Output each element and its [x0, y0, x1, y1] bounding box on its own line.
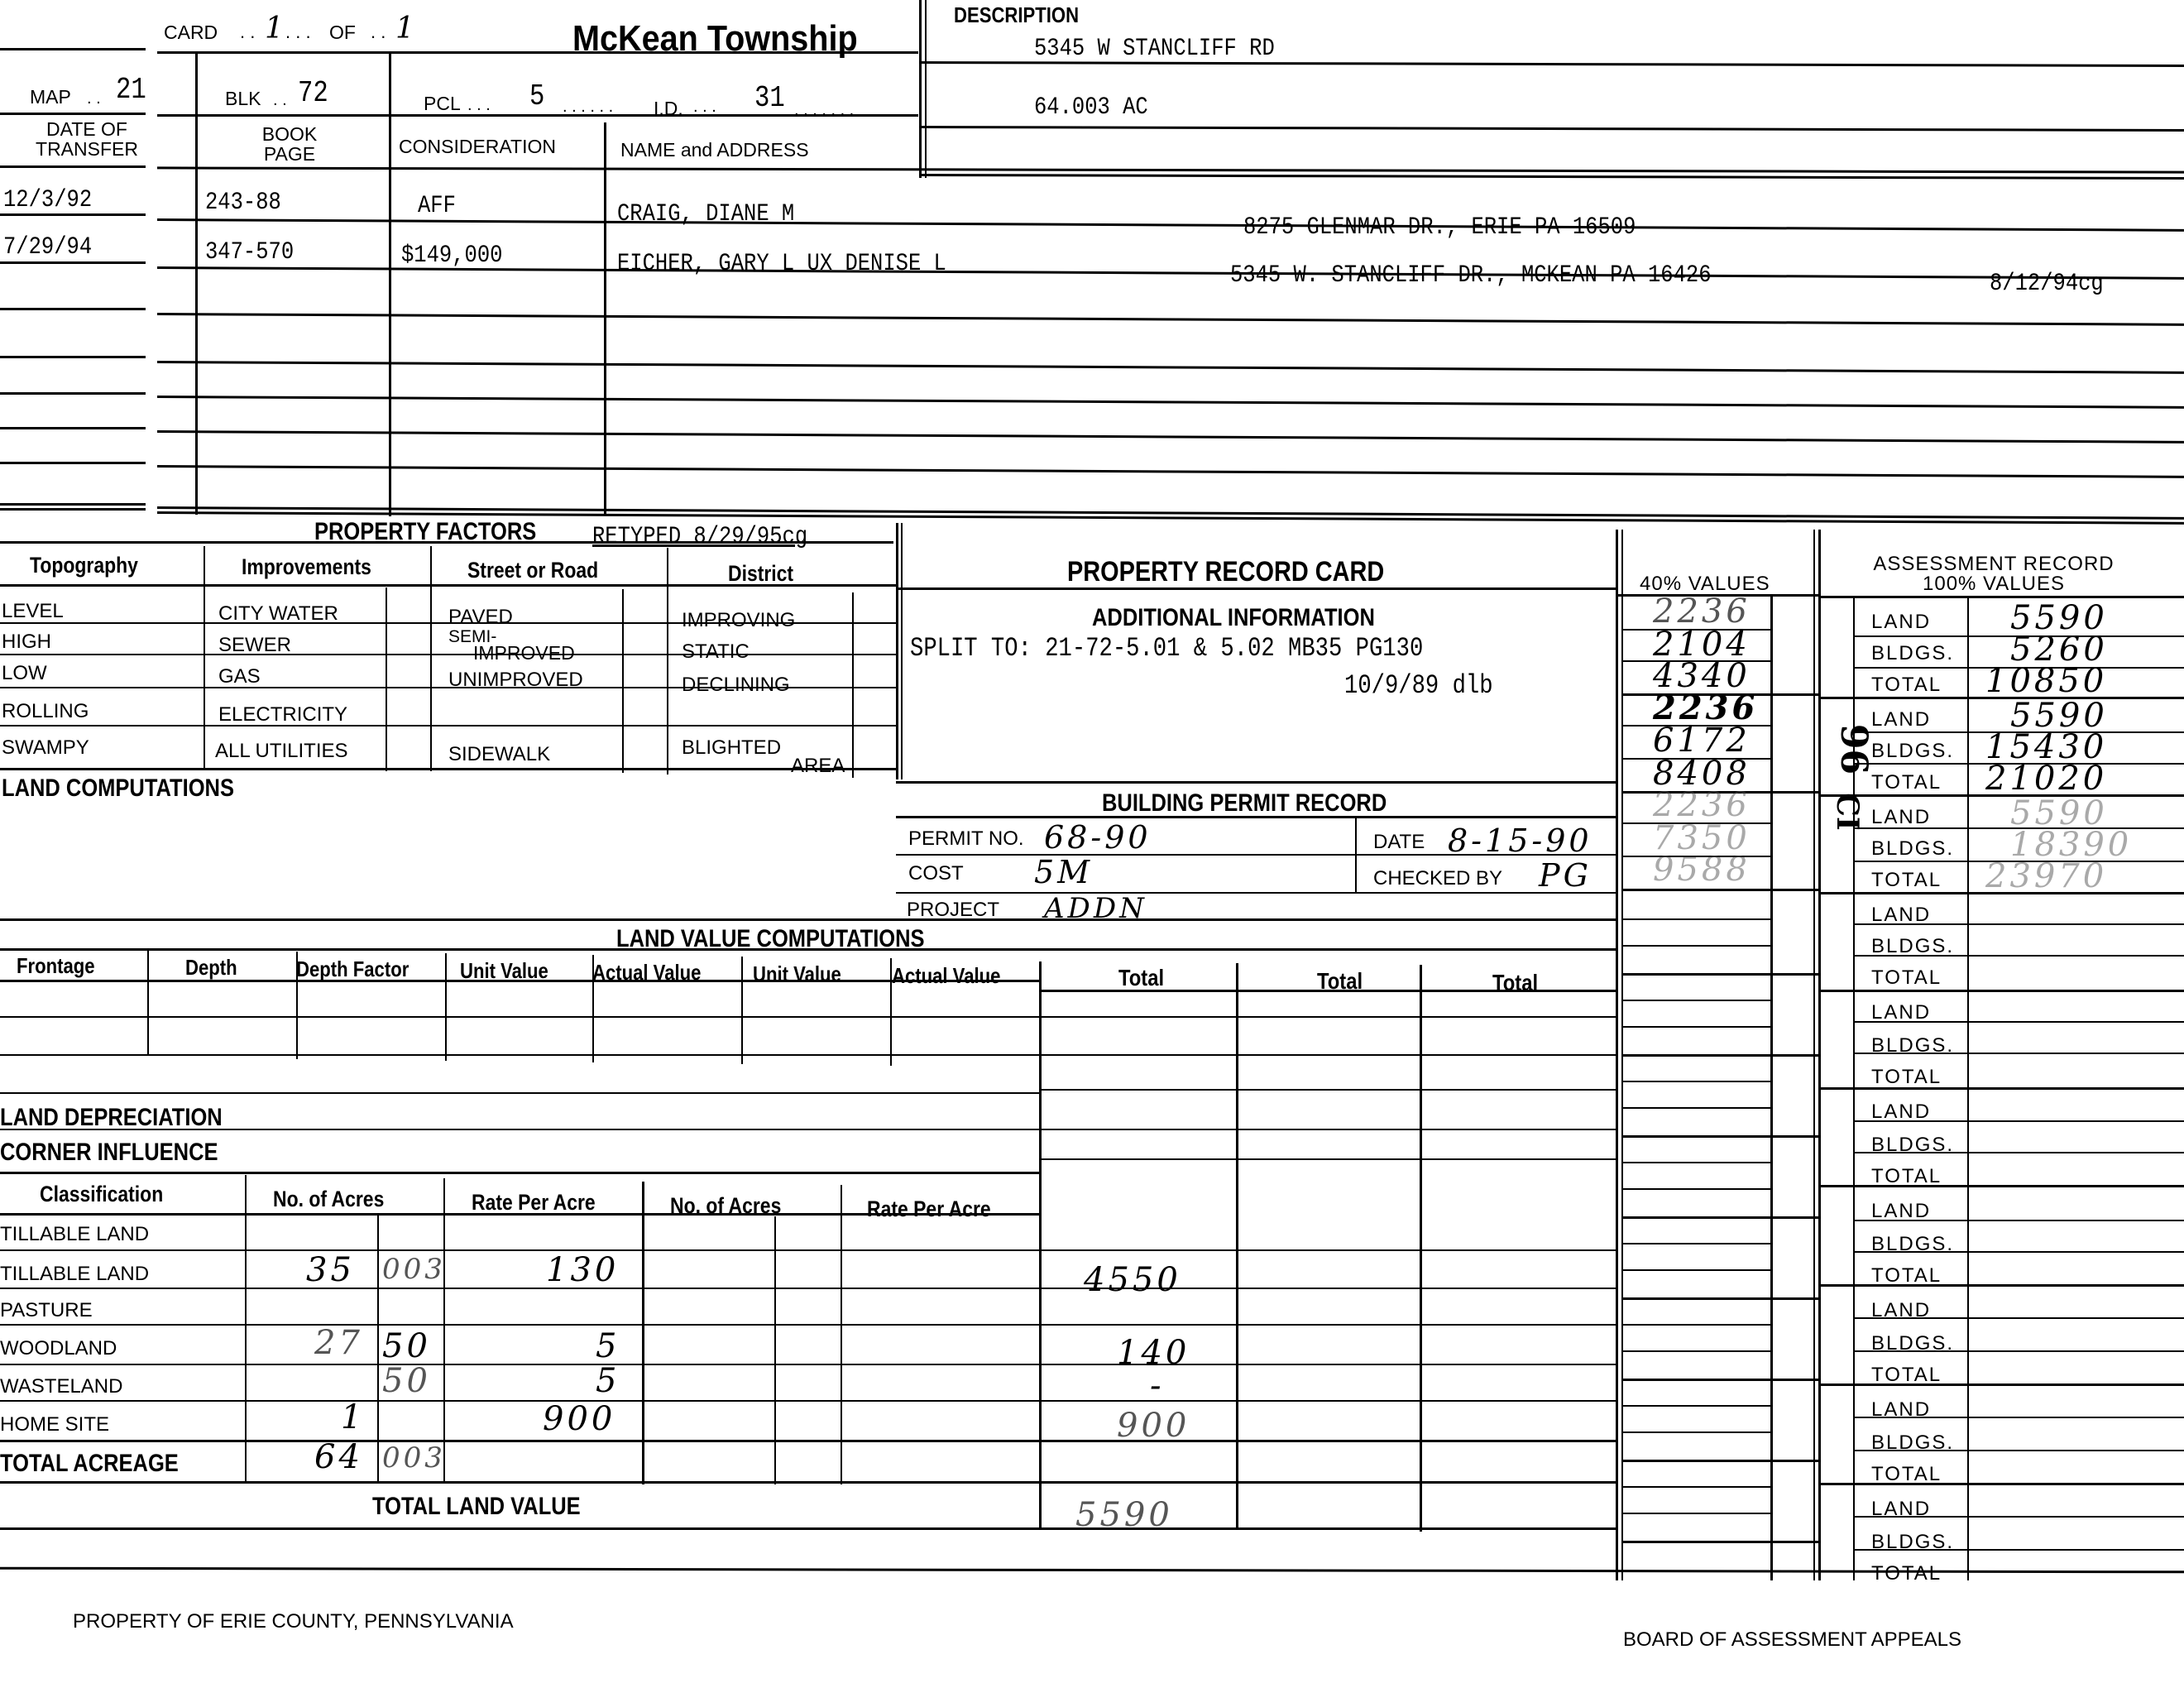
row-label-total: TOTAL: [1871, 966, 1942, 990]
additional-info-title: ADDITIONAL INFORMATION: [1092, 604, 1375, 632]
improvements-header: Improvements: [242, 554, 371, 580]
permit-date-label: DATE: [1373, 831, 1425, 854]
col-book-page: BOOKPAGE: [223, 124, 356, 164]
description-label: DESCRIPTION: [954, 2, 1079, 28]
map-label: MAP: [30, 86, 71, 108]
row-label-bldgs: BLDGS.: [1871, 837, 1954, 861]
row-label-total: TOTAL: [1871, 1562, 1942, 1585]
row-label-land: LAND: [1871, 708, 1931, 731]
land-computations-title: LAND COMPUTATIONS: [2, 774, 234, 803]
district-static: STATIC: [682, 640, 750, 664]
col-no-of-acres: No. of Acres: [273, 1187, 384, 1212]
col-consideration: CONSIDERATION: [399, 136, 556, 158]
col-depth-factor: Depth Factor: [296, 957, 409, 982]
street-header: Street or Road: [467, 558, 598, 583]
topography-low: LOW: [2, 662, 47, 685]
row-label-total: TOTAL: [1871, 1066, 1942, 1089]
row-label-land: LAND: [1871, 611, 1931, 634]
id-value: 31: [754, 81, 785, 115]
col-name-address: NAME and ADDRESS: [620, 139, 809, 161]
checked-by-label: CHECKED BY: [1373, 867, 1502, 890]
col-actual-value-2: Actual Value: [892, 963, 1000, 989]
col-date-transfer: DATE OFTRANSFER: [25, 119, 149, 159]
total-land-value-label: TOTAL LAND VALUE: [372, 1493, 581, 1521]
col-total-1: Total: [1118, 965, 1164, 991]
district-declining: DECLINING: [682, 674, 790, 697]
building-permit-title: BUILDING PERMIT RECORD: [1102, 789, 1387, 818]
topography-level: LEVEL: [2, 600, 64, 623]
improvements-gas: GAS: [218, 665, 261, 688]
transfer-consideration: $149,000: [401, 242, 502, 270]
district-improving: IMPROVING: [682, 609, 795, 632]
transfer-name: EICHER, GARY L UX DENISE L: [617, 250, 946, 278]
row-label-total: TOTAL: [1871, 674, 1942, 697]
transfer-note: 8/12/94cg: [1990, 270, 2104, 298]
topography-high: HIGH: [2, 631, 51, 654]
col-rate-per-acre-2: Rate Per Acre: [867, 1196, 991, 1222]
district-blighted: BLIGHTED: [682, 736, 781, 760]
street-sidewalk: SIDEWALK: [448, 743, 550, 766]
permit-no-label: PERMIT NO.: [908, 827, 1024, 851]
transfer-date: 7/29/94: [3, 233, 92, 261]
retyped-note: RETYPED 8/29/95cg: [592, 523, 807, 551]
assessment-total: 23970: [1985, 857, 2107, 895]
blk-label: BLK: [225, 88, 261, 110]
footer-property-of: PROPERTY OF ERIE COUNTY, PENNSYLVANIA: [73, 1610, 514, 1633]
cost-label: COST: [908, 862, 964, 885]
additional-info-line2: 10/9/89 dlb: [1344, 670, 1493, 701]
margin-mark-ci: CI: [1830, 793, 1865, 831]
col-total-3: Total: [1492, 970, 1538, 996]
additional-info-line1: SPLIT TO: 21-72-5.01 & 5.02 MB35 PG130: [910, 633, 1423, 664]
col-rate-per-acre: Rate Per Acre: [472, 1190, 596, 1216]
transfer-name: CRAIG, DIANE M: [617, 200, 794, 228]
map-value: 21: [116, 73, 146, 107]
description-line2: 64.003 AC: [1034, 94, 1148, 122]
forty-value: 9588: [1653, 851, 1751, 889]
cost-value: 5M: [1034, 854, 1093, 890]
description-line1: 5345 W STANCLIFF RD: [1034, 35, 1275, 63]
card-total: 1: [395, 12, 418, 46]
improvements-all-utilities: ALL UTILITIES: [215, 740, 348, 763]
district-area: AREA: [791, 755, 845, 778]
col-classification: Classification: [40, 1182, 163, 1207]
street-paved: PAVED: [448, 606, 513, 629]
assessment-total: 10850: [1985, 662, 2107, 700]
topography-swampy: SWAMPY: [2, 736, 89, 760]
row-label-total: TOTAL: [1871, 869, 1942, 892]
card-number: 1: [265, 12, 287, 46]
project-value: ADDN: [1044, 892, 1147, 925]
col-depth: Depth: [185, 955, 237, 981]
transfer-book-page: 347-570: [205, 238, 294, 266]
assessment-total: 21020: [1985, 760, 2107, 798]
permit-no-value: 68-90: [1044, 819, 1152, 856]
pcl-label: PCL: [424, 93, 461, 115]
improvements-electricity: ELECTRICITY: [218, 703, 347, 727]
row-label-land: LAND: [1871, 806, 1931, 829]
record-card-title: PROPERTY RECORD CARD: [1067, 556, 1384, 588]
col-frontage: Frontage: [17, 953, 95, 979]
district-header: District: [728, 561, 793, 587]
transfer-date: 12/3/92: [3, 186, 92, 214]
transfer-book-page: 243-88: [205, 189, 281, 217]
col-unit-value-2: Unit Value: [753, 961, 841, 987]
corner-influence-label: CORNER INFLUENCE: [0, 1139, 218, 1167]
row-label-bldgs: BLDGS.: [1871, 740, 1954, 763]
blk-value: 72: [298, 76, 328, 110]
checked-by-value: PG: [1539, 857, 1592, 894]
card-label: CARD: [164, 22, 218, 44]
topography-rolling: ROLLING: [2, 700, 89, 723]
row-label-total: TOTAL: [1871, 771, 1942, 794]
footer-board-of-appeals: BOARD OF ASSESSMENT APPEALS: [1623, 1628, 1961, 1652]
project-label: PROJECT: [907, 899, 999, 922]
land-depreciation-label: LAND DEPRECIATION: [0, 1104, 223, 1132]
row-label-bldgs: BLDGS.: [1871, 642, 1954, 665]
assessment-header: ASSESSMENT RECORD100% VALUES: [1820, 554, 2167, 594]
pcl-value: 5: [529, 79, 544, 113]
transfer-consideration: AFF: [418, 192, 456, 220]
topography-header: Topography: [30, 553, 138, 578]
of-label: OF: [329, 22, 356, 44]
